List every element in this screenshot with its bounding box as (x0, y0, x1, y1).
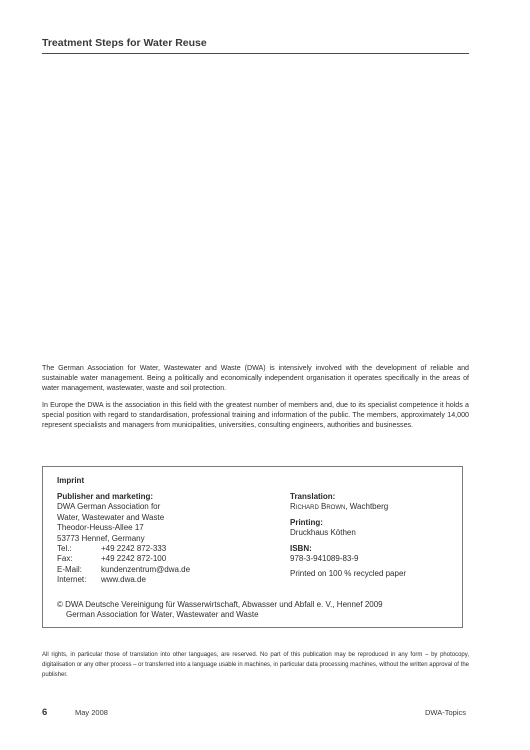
isbn-value: 978-3-941089-83-9 (290, 554, 460, 564)
copyright-line-2: German Association for Water, Wastewater… (57, 610, 383, 620)
page-number: 6 (42, 707, 47, 718)
publication-date: May 2008 (75, 708, 108, 717)
isbn-block: ISBN: 978-3-941089-83-9 (290, 544, 460, 565)
translation-block: Translation: Richard Brown, Wachtberg (290, 492, 460, 513)
translator-place: , Wachtberg (345, 502, 388, 511)
imprint-box: Imprint Publisher and marketing: DWA Ger… (42, 466, 463, 628)
contact-tel: Tel.: +49 2242 872-333 (57, 544, 277, 554)
paper-note: Printed on 100 % recycled paper (290, 569, 460, 579)
copyright-line-1: © DWA Deutsche Vereinigung für Wasserwir… (57, 600, 383, 610)
printing-block: Printing: Druckhaus Köthen (290, 518, 460, 539)
contact-fax: Fax: +49 2242 872-100 (57, 554, 277, 564)
publisher-line: 53773 Hennef, Germany (57, 534, 277, 544)
publisher-line: Water, Wastewater and Waste (57, 513, 277, 523)
translation-label: Translation: (290, 492, 460, 502)
translation-value: Richard Brown, Wachtberg (290, 502, 460, 512)
imprint-right-column: Translation: Richard Brown, Wachtberg Pr… (290, 492, 460, 580)
contact-internet: Internet: www.dwa.de (57, 575, 277, 585)
publisher-line: DWA German Association for (57, 502, 277, 512)
contact-key: Internet: (57, 575, 101, 585)
publisher-block: Publisher and marketing: DWA German Asso… (57, 492, 277, 586)
translator-name: Richard Brown (290, 502, 345, 511)
contact-value: +49 2242 872-333 (101, 544, 166, 554)
contact-email: E-Mail: kundenzentrum@dwa.de (57, 565, 277, 575)
isbn-label: ISBN: (290, 544, 460, 554)
email-link[interactable]: kundenzentrum@dwa.de (101, 565, 190, 575)
contact-key: Fax: (57, 554, 101, 564)
rights-notice: All rights, in particular those of trans… (42, 650, 469, 681)
contact-value: +49 2242 872-100 (101, 554, 166, 564)
printing-label: Printing: (290, 518, 460, 528)
contact-key: Tel.: (57, 544, 101, 554)
intro-paragraph-1: The German Association for Water, Wastew… (42, 363, 469, 394)
publisher-line: Theodor-Heuss-Allee 17 (57, 523, 277, 533)
series-name: DWA-Topics (425, 708, 466, 717)
copyright-notice: © DWA Deutsche Vereinigung für Wasserwir… (57, 600, 383, 621)
imprint-title: Imprint (57, 476, 84, 485)
website-link[interactable]: www.dwa.de (101, 575, 146, 585)
header-title: Treatment Steps for Water Reuse (42, 37, 207, 49)
intro-text: The German Association for Water, Wastew… (42, 363, 469, 436)
publisher-label: Publisher and marketing: (57, 492, 277, 502)
running-header: Treatment Steps for Water Reuse (42, 33, 469, 54)
printing-value: Druckhaus Köthen (290, 528, 460, 538)
intro-paragraph-2: In Europe the DWA is the association in … (42, 400, 469, 431)
contact-key: E-Mail: (57, 565, 101, 575)
